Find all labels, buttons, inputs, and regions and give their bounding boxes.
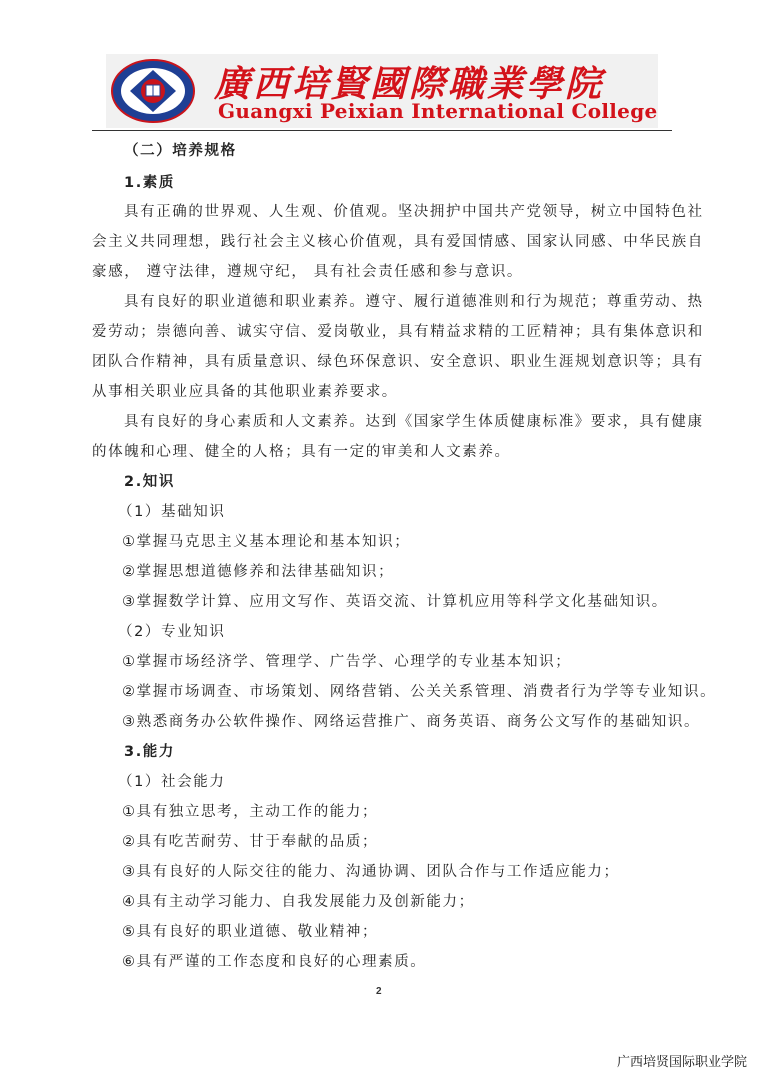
list-item: ⑥具有严谨的工作态度和良好的心理素质。 xyxy=(122,950,426,971)
list-item: ③具有良好的人际交往的能力、沟通协调、团队合作与工作适应能力； xyxy=(122,860,620,881)
list-item: ①具有独立思考，主动工作的能力； xyxy=(122,800,378,821)
paragraph-line: 会主义共同理想，践行社会主义核心价值观，具有爱国情感、国家认同感、中华民族自 xyxy=(92,230,704,251)
list-item: ④具有主动学习能力、自我发展能力及创新能力； xyxy=(122,890,475,911)
college-logo-icon xyxy=(110,58,196,124)
list-item: ①掌握马克思主义基本理论和基本知识； xyxy=(122,530,410,551)
college-name-english: Guangxi Peixian International College xyxy=(218,99,658,123)
list-item: ③熟悉商务办公软件操作、网络运营推广、商务英语、商务公文写作的基础知识。 xyxy=(122,710,700,731)
paragraph-line: 具有正确的世界观、人生观、价值观。坚决拥护中国共产党领导，树立中国特色社 xyxy=(124,200,704,221)
section-title: （二）培养规格 xyxy=(124,139,237,160)
paragraph-line: 爱劳动；崇德向善、诚实守信、爱岗敬业，具有精益求精的工匠精神；具有集体意识和 xyxy=(92,320,704,341)
list-item: ⑤具有良好的职业道德、敬业精神； xyxy=(122,920,378,941)
paragraph-line: 的体魄和心理、健全的人格；具有一定的审美和人文素养。 xyxy=(92,440,511,461)
heading-knowledge: 2.知识 xyxy=(124,470,175,491)
paragraph-line: 豪感， 遵守法律，遵规守纪， 具有社会责任感和参与意识。 xyxy=(92,260,523,281)
paragraph-line: 具有良好的身心素质和人文素养。达到《国家学生体质健康标准》要求，具有健康 xyxy=(124,410,704,431)
list-item: ②掌握市场调查、市场策划、网络营销、公关关系管理、消费者行为学等专业知识。 xyxy=(122,680,716,701)
list-item: ②具有吃苦耐劳、甘于奉献的品质； xyxy=(122,830,378,851)
header-divider xyxy=(92,130,672,131)
subheading-professional-knowledge: （2）专业知识 xyxy=(118,620,225,641)
list-item: ①掌握市场经济学、管理学、广告学、心理学的专业基本知识； xyxy=(122,650,571,671)
heading-quality: 1.素质 xyxy=(124,171,175,192)
paragraph-line: 从事相关职业应具备的其他职业素养要求。 xyxy=(92,380,398,401)
page-number: 2 xyxy=(376,986,382,997)
paragraph-line: 具有良好的职业道德和职业素养。遵守、履行道德准则和行为规范；尊重劳动、热 xyxy=(124,290,704,311)
footer-college-name: 广西培贤国际职业学院 xyxy=(617,1051,747,1070)
list-item: ②掌握思想道德修养和法律基础知识； xyxy=(122,560,394,581)
subheading-basic-knowledge: （1）基础知识 xyxy=(118,500,225,521)
paragraph-line: 团队合作精神，具有质量意识、绿色环保意识、安全意识、职业生涯规划意识等；具有 xyxy=(92,350,704,371)
heading-ability: 3.能力 xyxy=(124,740,175,761)
subheading-social-ability: （1）社会能力 xyxy=(118,770,225,791)
header-banner: 廣西培賢國際職業學院 Guangxi Peixian International… xyxy=(106,54,658,128)
list-item: ③掌握数学计算、应用文写作、英语交流、计算机应用等科学文化基础知识。 xyxy=(122,590,668,611)
